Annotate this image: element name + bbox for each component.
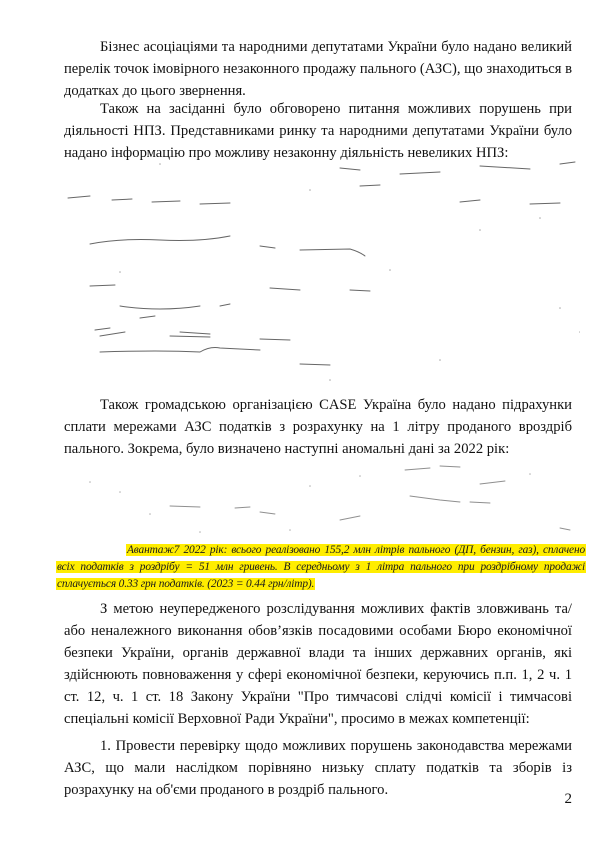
- redacted-anomalous-data: [60, 462, 580, 538]
- paragraph-investigation-request: З метою неупередженого розслідування мож…: [64, 598, 572, 730]
- request-item-1: 1. Провести перевірку щодо можливих пору…: [64, 735, 572, 801]
- redacted-refinery-list: [60, 160, 580, 388]
- paragraph-business-associations: Бізнес асоціаціями та народними депутата…: [64, 36, 572, 102]
- paragraph-case-ukraine-calculations: Також громадською організацією CASE Укра…: [64, 394, 572, 460]
- highlighted-text: Авантаж7 2022 рік: всього реалізовано 15…: [56, 544, 586, 590]
- paragraph-refinery-violations: Також на засіданні було обговорено питан…: [64, 98, 572, 164]
- page-number: 2: [552, 790, 572, 808]
- redaction-marks-icon: [60, 160, 580, 388]
- highlighted-note-avantazh7: Авантаж7 2022 рік: всього реалізовано 15…: [56, 542, 586, 593]
- redaction-marks-icon: [60, 462, 580, 538]
- document-page: Бізнес асоціаціями та народними депутата…: [0, 0, 600, 858]
